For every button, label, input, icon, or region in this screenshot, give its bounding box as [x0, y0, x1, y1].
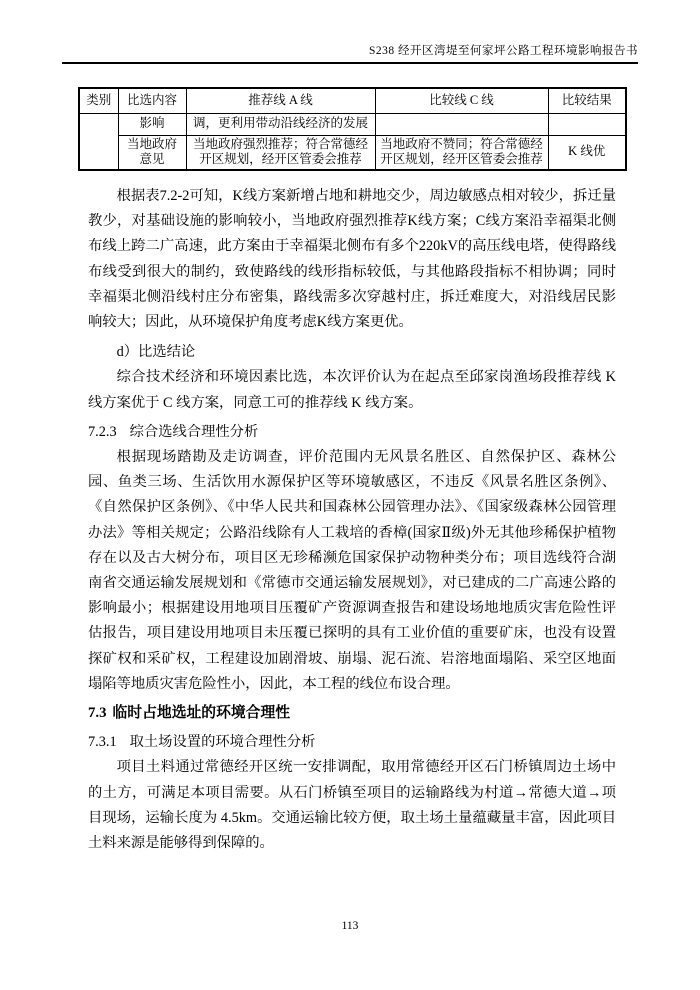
body-text: 根据表7.2-2可知，K线方案新增占地和耕地交少，周边敏感点相对较少，拆迁量教少…	[88, 184, 616, 856]
page-header: S238 经开区湾堤至何家坪公路工程环境影响报告书	[62, 42, 638, 64]
table-header-line-a: 推荐线 A 线	[186, 88, 375, 113]
page-footer: 113	[0, 920, 700, 932]
table-cell-impact-label: 影响	[118, 113, 186, 135]
page-number: 113	[342, 920, 359, 932]
table-cell-gov-result: K 线优	[548, 135, 626, 170]
header-title: S238 经开区湾堤至何家坪公路工程环境影响报告书	[62, 42, 638, 58]
heading-7-3-1-number: 7.3.1	[88, 734, 117, 750]
heading-7-3-1: 7.3.1取土场设置的环境合理性分析	[88, 730, 616, 755]
table-cell-category	[79, 113, 118, 170]
heading-7-3-title: 临时占地选址的环境合理性	[113, 705, 291, 721]
heading-7-2-3: 7.2.3综合选线合理性分析	[88, 420, 616, 445]
table-header-row: 类别 比选内容 推荐线 A 线 比较线 C 线 比较结果	[79, 88, 626, 113]
table-cell-impact-line-a: 调，更利用带动沿线经济的发展	[186, 113, 375, 135]
heading-7-3: 7.3临时占地选址的环境合理性	[88, 701, 616, 726]
heading-7-3-number: 7.3	[88, 705, 107, 721]
paragraph-route-comparison: 根据表7.2-2可知，K线方案新增占地和耕地交少，周边敏感点相对较少，拆迁量教少…	[88, 184, 616, 335]
table-header-result: 比较结果	[548, 88, 626, 113]
paragraph-route-rationality: 根据现场踏勘及走访调查，评价范围内无风景名胜区、自然保护区、森林公园、鱼类三场、…	[88, 445, 616, 697]
table-cell-gov-line-c: 当地政府不赞同；符合常德经开区规划，经开区管委会推荐	[375, 135, 548, 170]
table-header-line-c: 比较线 C 线	[375, 88, 548, 113]
paragraph-soil-source: 项目土料通过常德经开区统一安排调配，取用常德经开区石门桥镇周边土场中的土方，可满…	[88, 755, 616, 856]
heading-7-3-1-title: 取土场设置的环境合理性分析	[130, 734, 316, 750]
table-header-content: 比选内容	[118, 88, 186, 113]
heading-7-2-3-title: 综合选线合理性分析	[130, 424, 259, 440]
table-header-category: 类别	[79, 88, 118, 113]
heading-7-2-3-number: 7.2.3	[88, 424, 117, 440]
table-cell-impact-result	[548, 113, 626, 135]
table-cell-impact-line-c	[375, 113, 548, 135]
document-page: S238 经开区湾堤至何家坪公路工程环境影响报告书 类别 比选内容 推荐线 A …	[0, 0, 700, 990]
item-d-conclusion-label: d）比选结论	[88, 340, 616, 365]
comparison-table: 类别 比选内容 推荐线 A 线 比较线 C 线 比较结果 影响 调，更利用带动沿…	[78, 87, 627, 171]
table-cell-gov-line-a: 当地政府强烈推荐；符合常德经开区规划，经开区管委会推荐	[186, 135, 375, 170]
table-row-impact: 影响 调，更利用带动沿线经济的发展	[79, 113, 626, 135]
table-row-government-opinion: 当地政府意见 当地政府强烈推荐；符合常德经开区规划，经开区管委会推荐 当地政府不…	[79, 135, 626, 170]
paragraph-comparison-conclusion: 综合技术经济和环境因素比选，本次评价认为在起点至邱家岗渔场段推荐线 K 线方案优…	[88, 365, 616, 415]
table-cell-gov-label: 当地政府意见	[118, 135, 186, 170]
